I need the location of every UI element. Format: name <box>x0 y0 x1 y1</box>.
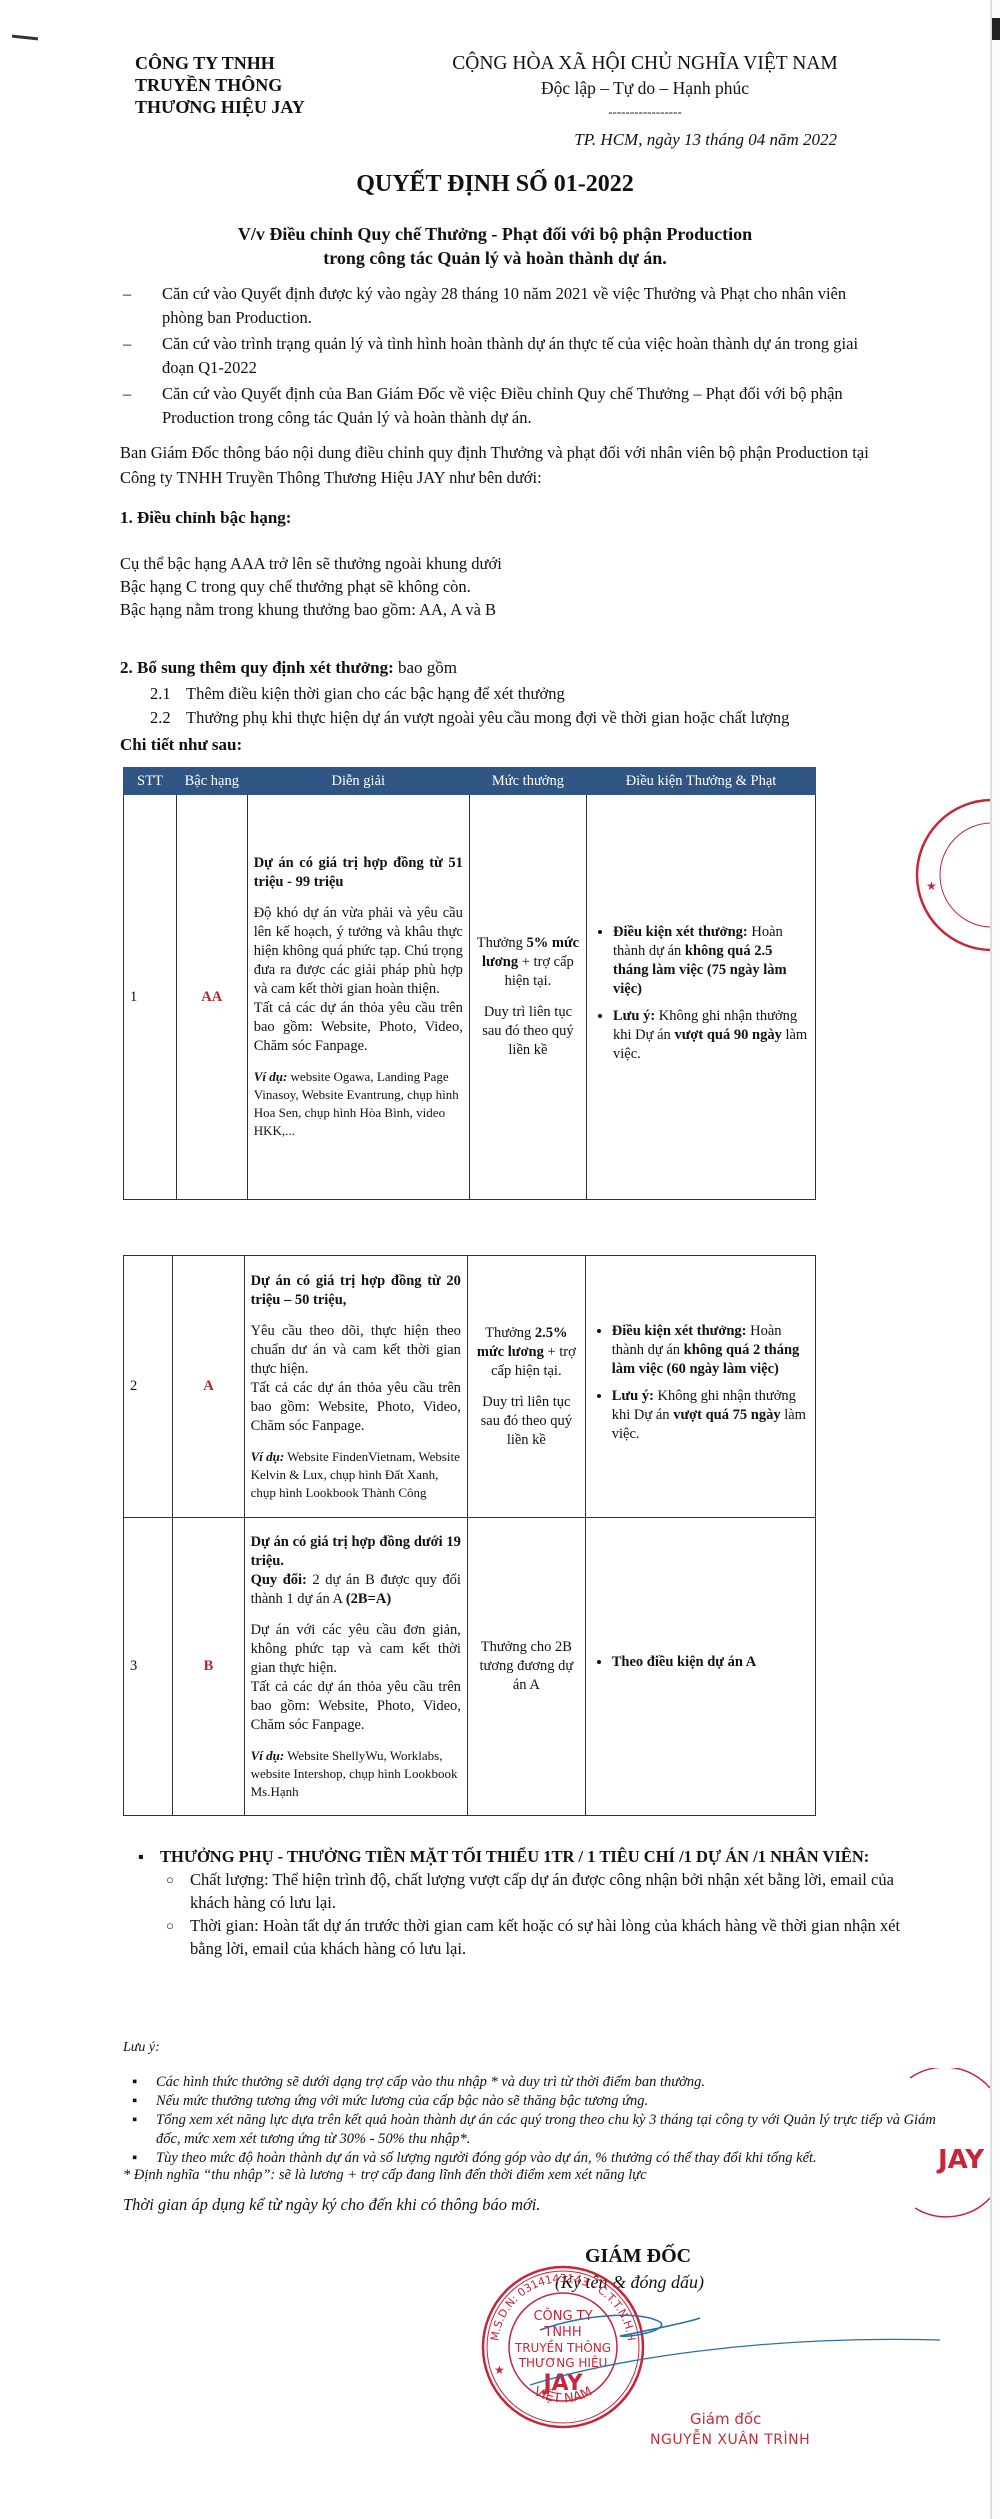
bonus-pre: Thưởng <box>477 935 527 951</box>
basis-item: Căn cứ vào trình trạng quản lý và tình h… <box>120 332 880 380</box>
note-item: Các hình thức thưởng sẽ dưới dạng trợ cấ… <box>130 2073 960 2092</box>
cond-label: Điều kiện xét thưởng: <box>613 924 748 940</box>
section-1-lines: Cụ thể bậc hạng AAA trở lên sẽ thưởng ng… <box>120 552 502 621</box>
signer-name: NGUYỄN XUÂN TRÌNH <box>650 2432 810 2448</box>
section-2-item: 2.1Thêm điều kiện thời gian cho các bậc … <box>150 682 789 706</box>
svg-text:TNHH: TNHH <box>543 2325 581 2340</box>
effective-date-note: Thời gian áp dụng kể từ ngày ký cho đến … <box>123 2195 541 2215</box>
desc-title: Dự án có giá trị hợp đồng từ 51 triệu - … <box>254 854 463 892</box>
section-line: Cụ thể bậc hạng AAA trở lên sẽ thưởng ng… <box>120 552 502 575</box>
details-label: Chi tiết như sau: <box>120 735 242 755</box>
extra-bonus-item: Thời gian: Hoàn tất dự án trước thời gia… <box>130 1914 930 1960</box>
scan-edge-mark <box>992 18 1000 40</box>
desc-scope: Tất cả các dự án thỏa yêu cầu trên bao g… <box>251 1379 461 1436</box>
subtitle-line: trong công tác Quản lý và hoàn thành dự … <box>0 246 990 270</box>
section-2-suffix: bao gồm <box>394 658 457 677</box>
cell-description: Dự án có giá trị hợp đồng từ 51 triệu - … <box>247 795 469 1200</box>
condition-item: Điều kiện xét thưởng: Hoàn thành dự án k… <box>613 923 809 999</box>
note-item: Tùy theo mức độ hoàn thành dự án và số l… <box>130 2149 960 2168</box>
bonus-rate: Thưởng 2.5% mức lương + trợ cấp hiện tại… <box>474 1324 579 1381</box>
document-title: QUYẾT ĐỊNH SỐ 01-2022 <box>0 171 990 198</box>
cell-stt: 1 <box>124 795 177 1200</box>
cell-conditions: Theo điều kiện dự án A <box>585 1518 815 1816</box>
income-definition: * Định nghĩa “thu nhập”: sẽ là lương + t… <box>123 2167 647 2184</box>
basis-item: Căn cứ vào Quyết định được ký vào ngày 2… <box>120 282 880 330</box>
conversion-rule: Quy đổi: 2 dự án B được quy đổi thành 1 … <box>251 1571 461 1609</box>
cond-emph: vượt quá 90 ngày <box>674 1027 781 1043</box>
svg-text:★: ★ <box>926 879 937 893</box>
svg-text:THƯƠNG HIỆU: THƯƠNG HIỆU <box>518 2355 608 2370</box>
national-header: CỘNG HÒA XÃ HỘI CHỦ NGHĨA VIỆT NAM Độc l… <box>445 52 845 150</box>
example-label: Ví dụ: <box>251 1449 285 1464</box>
extra-bonus-item: Chất lượng: Thể hiện trình độ, chất lượn… <box>130 1868 930 1914</box>
cond-emph: vượt quá 75 ngày <box>673 1407 780 1423</box>
svg-text:JAY: JAY <box>541 2371 583 2396</box>
note-item: Tổng xem xét năng lực dựa trên kết quả h… <box>130 2111 960 2149</box>
bonus-duration: Duy trì liên tục sau đó theo quý liền kề <box>476 1003 580 1060</box>
section-2-title: 2. Bổ sung thêm quy định xét thưởng: <box>120 658 394 677</box>
cell-bonus: Thưởng 2.5% mức lương + trợ cấp hiện tại… <box>467 1256 585 1518</box>
desc-body: Yêu cầu theo dõi, thực hiện theo chuẩn d… <box>251 1322 461 1379</box>
nation-title: CỘNG HÒA XÃ HỘI CHỦ NGHĨA VIỆT NAM <box>445 52 845 76</box>
convert-label: Quy đổi: <box>251 1572 307 1588</box>
bonus-pct: 5% <box>527 935 549 951</box>
table-row: 3 B Dự án có giá trị hợp đồng dưới 19 tr… <box>124 1518 816 1816</box>
condition-item: Lưu ý: Không ghi nhận thưởng khi Dự án v… <box>612 1387 809 1444</box>
divider: ----------------- <box>445 104 845 120</box>
desc-body: Độ khó dự án vừa phải và yêu cầu lên kế … <box>254 904 463 999</box>
notes-label: Lưu ý: <box>123 2040 160 2056</box>
col-rank: Bậc hạng <box>176 768 247 795</box>
cell-rank: B <box>173 1518 244 1816</box>
desc-example: Ví dụ: Website FindenVietnam, Website Ke… <box>251 1448 461 1502</box>
condition-item: Lưu ý: Không ghi nhận thưởng khi Dự án v… <box>613 1007 809 1064</box>
cell-conditions: Điều kiện xét thưởng: Hoàn thành dự án k… <box>585 1256 815 1518</box>
section-2-items: 2.1Thêm điều kiện thời gian cho các bậc … <box>150 682 789 730</box>
basis-item: Căn cứ vào Quyết định của Ban Giám Đốc v… <box>120 382 880 430</box>
item-number: 2.2 <box>150 706 186 730</box>
cell-conditions: Điều kiện xét thưởng: Hoàn thành dự án k… <box>587 795 816 1200</box>
company-line: THƯƠNG HIỆU JAY <box>135 96 305 118</box>
section-2-heading: 2. Bổ sung thêm quy định xét thưởng: bao… <box>120 658 457 678</box>
cell-bonus: Thưởng 5% mức lương + trợ cấp hiện tại. … <box>469 795 586 1200</box>
bonus-pre: Thưởng <box>485 1325 535 1341</box>
condition-item: Điều kiện xét thưởng: Hoàn thành dự án k… <box>612 1322 809 1379</box>
svg-text:VIỆT NAM: VIỆT NAM <box>531 2384 595 2406</box>
company-name: CÔNG TY TNHH TRUYỀN THÔNG THƯƠNG HIỆU JA… <box>135 52 305 118</box>
example-label: Ví dụ: <box>254 1069 288 1084</box>
item-text: Thưởng phụ khi thực hiện dự án vượt ngoà… <box>186 708 789 727</box>
signer-role: Giám đốc <box>690 2410 761 2428</box>
extra-bonus-section: THƯỞNG PHỤ - THƯỞNG TIỀN MẶT TỐI THIỂU 1… <box>130 1845 930 1960</box>
svg-text:TRUYỀN THÔNG: TRUYỀN THÔNG <box>514 2339 611 2355</box>
table-header-row: STT Bậc hạng Diễn giải Mức thưởng Điều k… <box>124 768 816 795</box>
desc-scope: Tất cả các dự án thỏa yêu cầu trên bao g… <box>254 999 463 1056</box>
subtitle-line: V/v Điều chỉnh Quy chế Thưởng - Phạt đối… <box>0 222 990 246</box>
col-description: Diễn giải <box>247 768 469 795</box>
signature-subtitle: (Ký tên & đóng dấu) <box>555 2272 704 2293</box>
desc-scope: Tất cả các dự án thỏa yêu cầu trên bao g… <box>251 1678 461 1735</box>
company-line: TRUYỀN THÔNG <box>135 74 305 96</box>
bonus-pct: 2.5% <box>535 1325 568 1341</box>
col-conditions: Điều kiện Thưởng & Phạt <box>587 768 816 795</box>
motto: Độc lập – Tự do – Hạnh phúc <box>445 76 845 100</box>
svg-text:★: ★ <box>494 2363 505 2377</box>
cell-rank: AA <box>176 795 247 1200</box>
cell-stt: 2 <box>124 1256 173 1518</box>
bonus-rate: Thưởng 5% mức lương + trợ cấp hiện tại. <box>476 934 580 991</box>
col-bonus: Mức thưởng <box>469 768 586 795</box>
signature-scribble <box>520 2300 940 2400</box>
svg-text:CÔNG TY: CÔNG TY <box>533 2308 592 2324</box>
desc-body: Dự án với các yêu cầu đơn giản, không ph… <box>251 1621 461 1678</box>
bonus-mid: mức lương <box>477 1344 544 1360</box>
desc-example: Ví dụ: website Ogawa, Landing Page Vinas… <box>254 1068 463 1140</box>
convert-eq: (2B=A) <box>346 1591 391 1607</box>
cond-label: Lưu ý: <box>612 1388 654 1404</box>
table-row: 1 AA Dự án có giá trị hợp đồng từ 51 tri… <box>124 795 816 1200</box>
col-stt: STT <box>124 768 177 795</box>
cell-description: Dự án có giá trị hợp đồng từ 20 triệu – … <box>244 1256 467 1518</box>
company-line: CÔNG TY TNHH <box>135 52 305 74</box>
cell-bonus: Thưởng cho 2B tương đương dự án A <box>467 1518 585 1816</box>
section-line: Bậc hạng C trong quy chế thưởng phạt sẽ … <box>120 575 502 598</box>
document-page: CÔNG TY TNHH TRUYỀN THÔNG THƯƠNG HIỆU JA… <box>0 0 990 2519</box>
legal-bases: Căn cứ vào Quyết định được ký vào ngày 2… <box>120 282 880 432</box>
item-number: 2.1 <box>150 682 186 706</box>
section-1-heading: 1. Điều chỉnh bậc hạng: <box>120 508 291 528</box>
extra-bonus-heading: THƯỞNG PHỤ - THƯỞNG TIỀN MẶT TỐI THIỂU 1… <box>130 1845 930 1868</box>
note-item: Nếu mức thưởng tương ứng với mức lương c… <box>130 2092 960 2111</box>
desc-title: Dự án có giá trị hợp đồng dưới 19 triệu. <box>251 1533 461 1571</box>
section-2-item: 2.2Thưởng phụ khi thực hiện dự án vượt n… <box>150 706 789 730</box>
reward-table: STT Bậc hạng Diễn giải Mức thưởng Điều k… <box>123 767 816 1200</box>
cell-rank: A <box>173 1256 244 1518</box>
document-subtitle: V/v Điều chỉnh Quy chế Thưởng - Phạt đối… <box>0 222 990 270</box>
desc-title: Dự án có giá trị hợp đồng từ 20 triệu – … <box>251 1272 461 1310</box>
cell-description: Dự án có giá trị hợp đồng dưới 19 triệu.… <box>244 1518 467 1816</box>
scan-mark <box>12 35 38 41</box>
edge-seal: ★ <box>912 795 990 955</box>
table-row: 2 A Dự án có giá trị hợp đồng từ 20 triệ… <box>124 1256 816 1518</box>
cond-label: Điều kiện xét thưởng: <box>612 1323 747 1339</box>
signature-title: GIÁM ĐỐC <box>585 2245 691 2268</box>
cond-label: Lưu ý: <box>613 1008 655 1024</box>
page-edge <box>990 0 992 2519</box>
intro-paragraph: Ban Giám Đốc thông báo nội dung điều chỉ… <box>120 440 900 490</box>
notes-list: Các hình thức thưởng sẽ dưới dạng trợ cấ… <box>130 2073 960 2168</box>
item-text: Thêm điều kiện thời gian cho các bậc hạn… <box>186 684 565 703</box>
example-label: Ví dụ: <box>251 1748 285 1763</box>
reward-table-continued: 2 A Dự án có giá trị hợp đồng từ 20 triệ… <box>123 1255 816 1816</box>
condition-item: Theo điều kiện dự án A <box>612 1653 809 1672</box>
bonus-duration: Duy trì liên tục sau đó theo quý liền kề <box>474 1393 579 1450</box>
cell-stt: 3 <box>124 1518 173 1816</box>
dateline: TP. HCM, ngày 13 tháng 04 năm 2022 <box>445 130 845 150</box>
desc-example: Ví dụ: Website ShellyWu, Worklabs, websi… <box>251 1747 461 1801</box>
section-line: Bậc hạng nằm trong khung thưởng bao gồm:… <box>120 598 502 621</box>
